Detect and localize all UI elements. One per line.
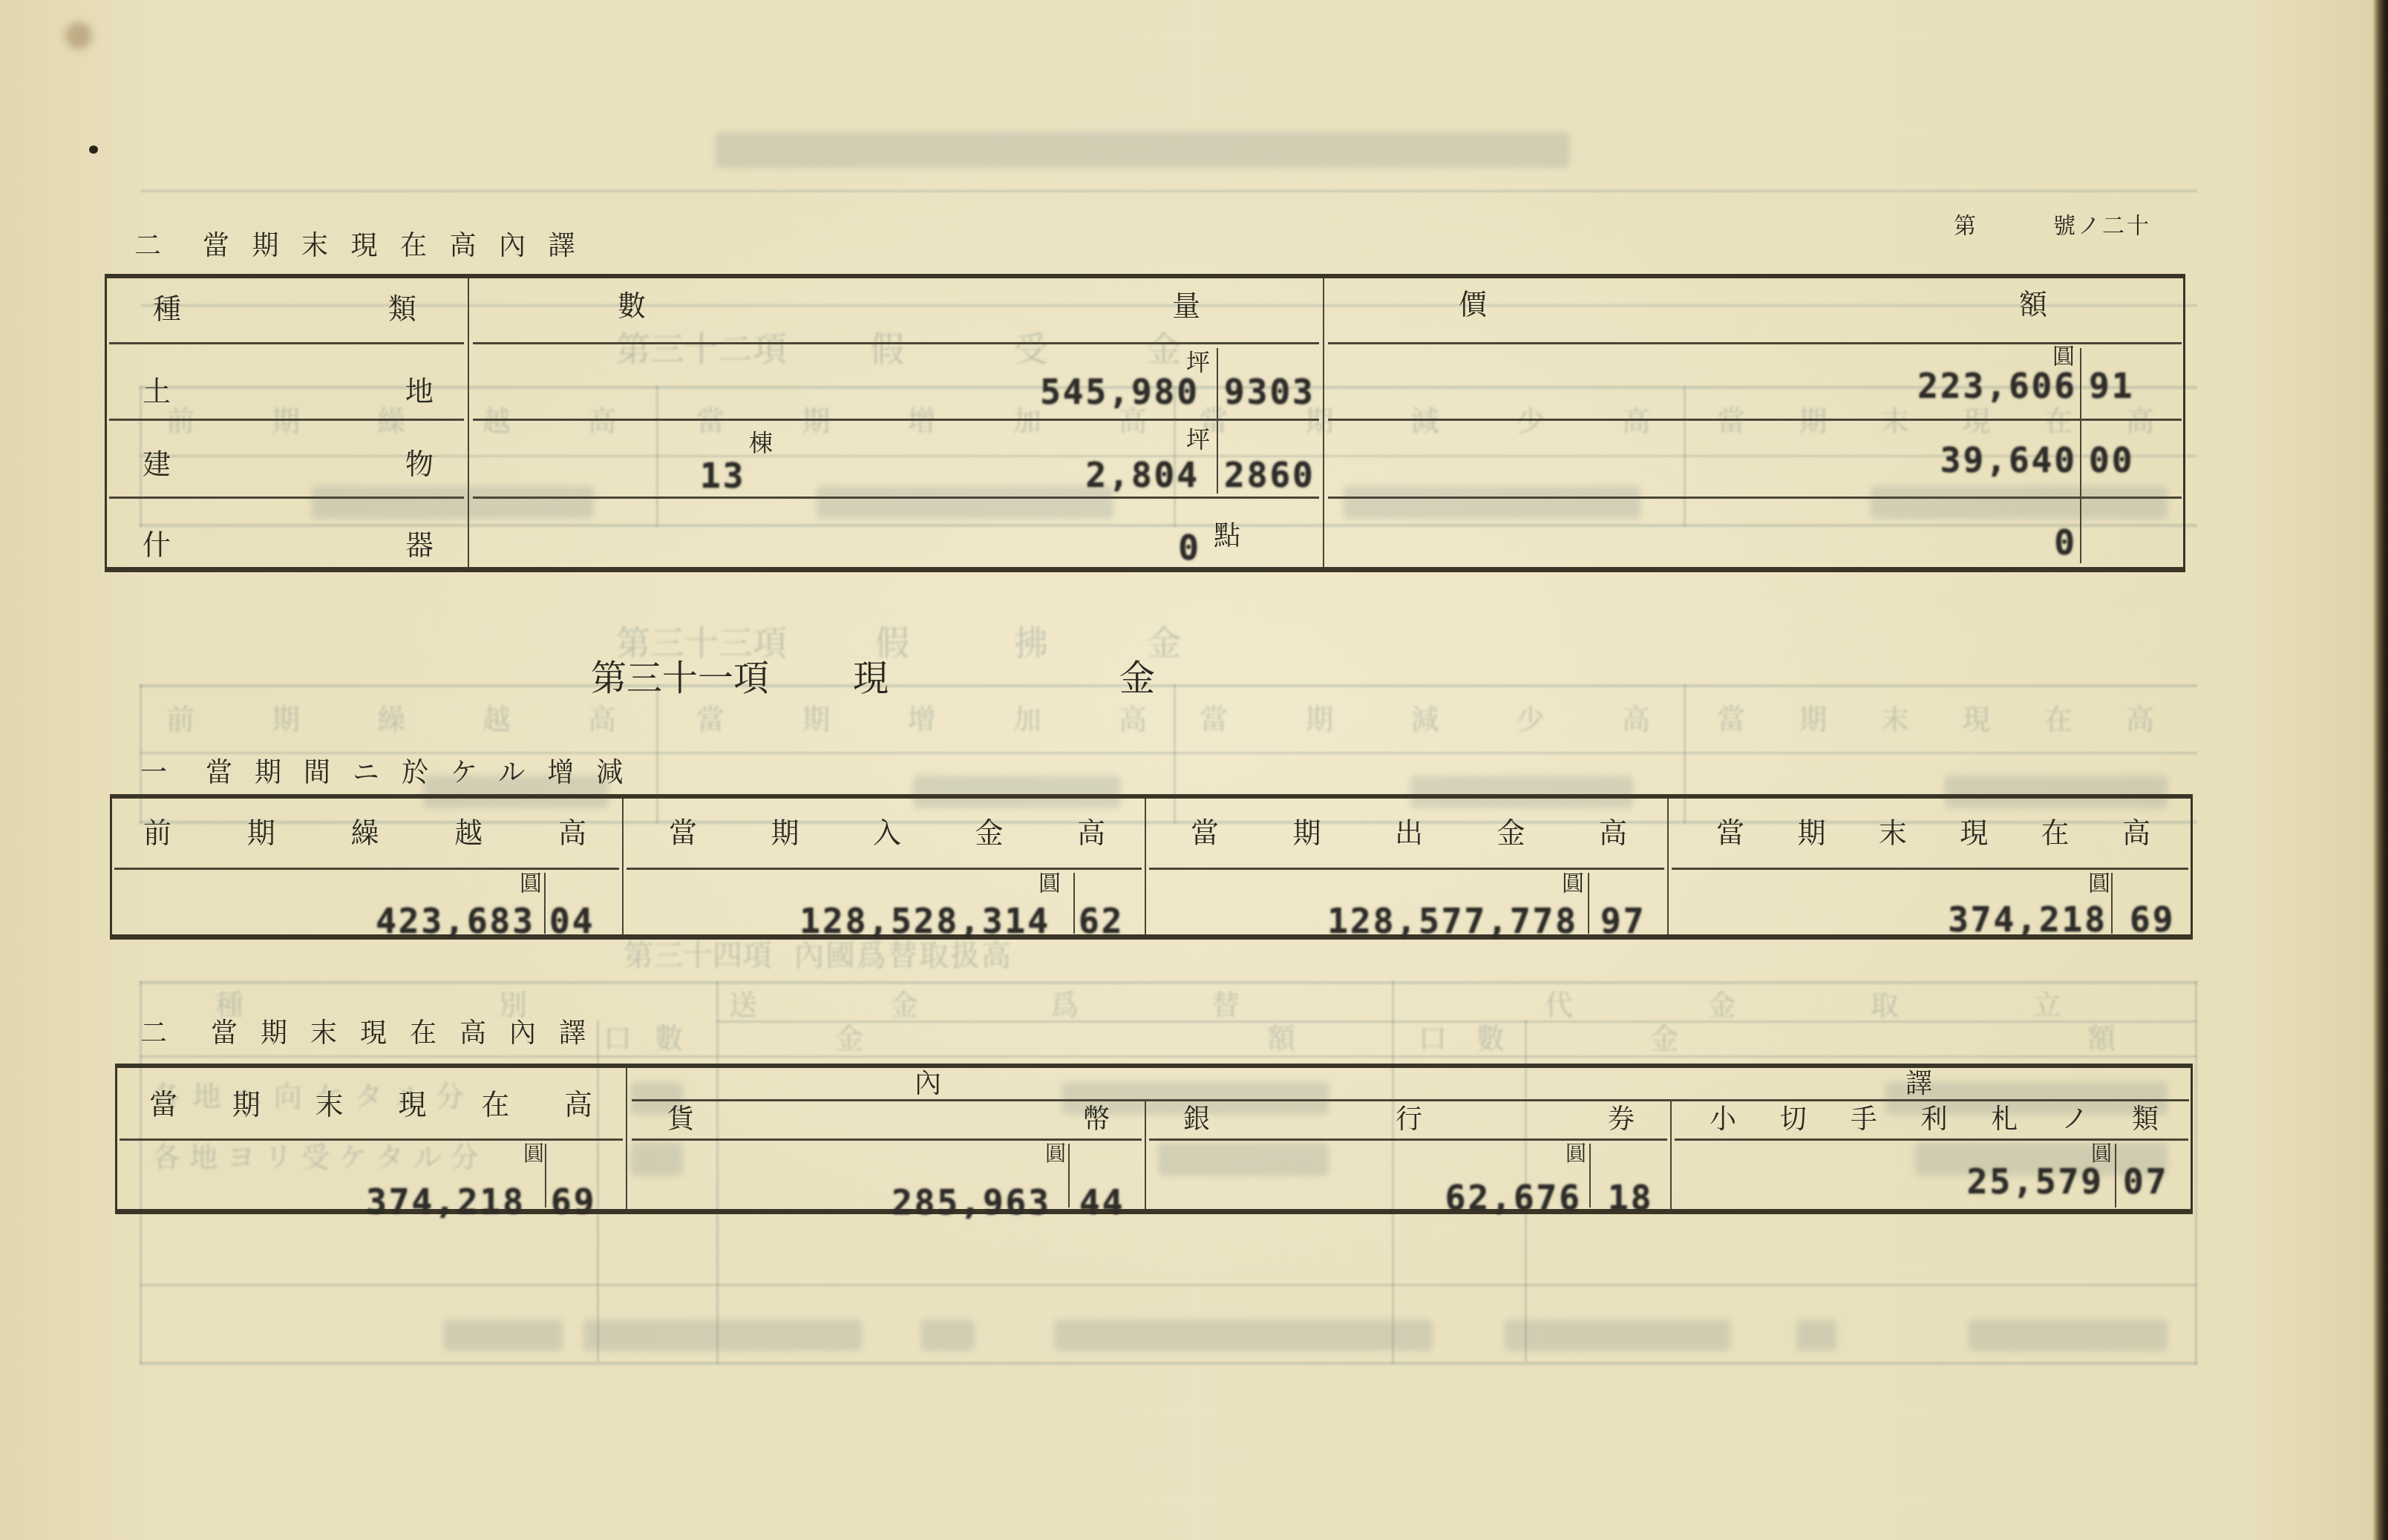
- section-title: 當期末現在高內譯: [203, 233, 598, 260]
- glyph: 什: [143, 531, 171, 559]
- carried-forward-sen: 04: [549, 904, 595, 938]
- glyph: 口: [1419, 1024, 1447, 1052]
- ghost-mirrored-heading: [716, 132, 1569, 168]
- glyph: 前: [143, 819, 171, 847]
- ghost-header: 當期增加高: [696, 705, 1147, 733]
- row-kind-land: 土地: [143, 377, 434, 405]
- ghost-title-number: 第三十三項: [616, 626, 787, 660]
- ghost-rule: [140, 1362, 2197, 1365]
- glyph: 繰: [350, 819, 379, 847]
- glyph: 高: [1119, 705, 1147, 733]
- glyph: 金: [1650, 1024, 1678, 1052]
- ghost-value: [583, 1320, 862, 1351]
- glyph: 取: [1871, 991, 1899, 1019]
- binding-edge: [2372, 0, 2388, 1540]
- glyph: 札: [1991, 1107, 2018, 1133]
- ghost-value: [1054, 1320, 1433, 1351]
- row-rule: [114, 868, 619, 870]
- ghost-header: 送金爲替: [729, 991, 1240, 1019]
- header-coins: 貨幣: [667, 1107, 1110, 1133]
- glyph: 越: [482, 705, 511, 733]
- value-yen: 0: [1926, 525, 2077, 560]
- glyph: 當: [1191, 819, 1219, 847]
- row-rule: [473, 497, 1319, 499]
- ghost-header: 前期繰越高: [166, 705, 616, 733]
- glyph: 增: [907, 705, 935, 733]
- decimal-divider: [1217, 348, 1218, 494]
- row-rule: [109, 419, 464, 421]
- glyph: 額: [2087, 1024, 2116, 1052]
- receipts-sen: 62: [1079, 904, 1124, 938]
- glyph: 在: [2044, 705, 2073, 733]
- header-banknotes: 銀行券: [1183, 1107, 1635, 1133]
- header-value: 價額: [1459, 290, 2047, 318]
- glyph: 銀: [1183, 1107, 1210, 1133]
- qty-decimal: 9303: [1224, 375, 1315, 409]
- table-top-rule: [105, 274, 2185, 278]
- value-sen: 00: [2089, 443, 2134, 477]
- unit-yen: 圓: [2052, 346, 2075, 368]
- row-rule: [109, 342, 464, 344]
- glyph: 前: [166, 705, 194, 733]
- ghost-rule: [140, 752, 2197, 754]
- table-top-rule: [110, 794, 2193, 799]
- ghost-value: [1969, 1320, 2168, 1351]
- header-payments: 當期出金高: [1191, 819, 1627, 847]
- item-name-char: 金: [1119, 661, 1155, 696]
- item-name-char: 現: [853, 661, 889, 696]
- glyph: 行: [1396, 1107, 1422, 1133]
- qty-integer: 0: [1050, 531, 1201, 565]
- unit-yen: 圓: [1045, 1144, 1066, 1164]
- column-divider: [1670, 1101, 1672, 1209]
- glyph: 金: [890, 991, 918, 1019]
- ghost-subheader: 金額: [835, 1024, 1295, 1052]
- row-rule: [1672, 868, 2188, 870]
- glyph: 末: [315, 1090, 344, 1118]
- glyph: 數: [618, 292, 646, 320]
- unit-yen: 圓: [520, 873, 542, 895]
- section-number: 一: [140, 760, 167, 787]
- glyph: 切: [1780, 1107, 1807, 1133]
- glyph: 額: [2019, 290, 2047, 318]
- closing-balance-yen: 374,218: [229, 1185, 526, 1219]
- glyph: 種: [153, 295, 181, 323]
- section-number: 二: [134, 233, 161, 260]
- row-rule: [120, 1138, 623, 1141]
- row-rule: [632, 1138, 1142, 1141]
- glyph: 金: [1707, 991, 1736, 1019]
- glyph: 期: [1305, 705, 1333, 733]
- ghost-title-char: 假: [875, 626, 909, 660]
- row-rule: [473, 419, 1319, 421]
- ghost-title-char: 金: [1147, 626, 1181, 660]
- column-divider: [1145, 1101, 1146, 1209]
- ghost-header: 種別: [215, 991, 527, 1019]
- closing-balance-sen: 69: [2130, 902, 2175, 937]
- ghost-header: 代金取立: [1545, 991, 2061, 1019]
- payments-yen: 128,577,778: [1207, 904, 1578, 938]
- glyph: 數: [1476, 1024, 1505, 1052]
- glyph: ノ: [2061, 1107, 2088, 1133]
- glyph: 替: [1211, 991, 1240, 1019]
- header-closing-balance: 當期末現在高: [149, 1090, 592, 1118]
- unit-items: 點: [1214, 523, 1240, 550]
- row-kind-fixtures: 什器: [143, 531, 434, 559]
- glyph: 爲: [1050, 991, 1079, 1019]
- decimal-divider: [1068, 1144, 1070, 1208]
- qty-integer: 2,804: [900, 458, 1200, 492]
- glyph: 別: [499, 991, 527, 1019]
- decimal-divider: [545, 1144, 546, 1208]
- glyph: 越: [454, 819, 482, 847]
- glyph: 當: [1717, 705, 1745, 733]
- ghost-subheader: 口數: [1419, 1024, 1505, 1052]
- column-divider: [1667, 799, 1669, 934]
- glyph: 期: [1799, 705, 1827, 733]
- coins-sen: 44: [1079, 1185, 1125, 1219]
- ghost-title-number: 第三十四項: [624, 941, 772, 971]
- glyph: 高: [1622, 705, 1650, 733]
- row-rule: [1328, 497, 2182, 499]
- holdings-table: 種類 數量 價額 土地 坪 545,980 9303 圓 223,606 91 …: [105, 274, 2185, 572]
- glyph: 期: [771, 819, 799, 847]
- glyph: 末: [1879, 819, 1907, 847]
- decimal-divider: [2080, 348, 2081, 563]
- column-divider: [468, 278, 469, 567]
- unit-yen: 圓: [2088, 873, 2110, 895]
- section-number: 二: [140, 1020, 167, 1047]
- glyph: 高: [564, 1090, 592, 1118]
- ghost-title-char: 拂: [1014, 626, 1048, 660]
- decimal-divider: [2115, 1144, 2116, 1208]
- table-right-rule: [2183, 274, 2185, 572]
- glyph: 類: [2132, 1107, 2159, 1133]
- decimal-divider: [544, 873, 546, 934]
- table-left-rule: [110, 794, 112, 940]
- page-label-prefix: 第: [1954, 215, 1976, 237]
- row-kind-buildings: 建物: [143, 450, 434, 478]
- payments-sen: 97: [1600, 904, 1646, 938]
- glyph: 出: [1395, 819, 1423, 847]
- banknotes-sen: 18: [1608, 1181, 1653, 1215]
- glyph: 減: [1410, 705, 1439, 733]
- ghost-subheader: 口數: [603, 1024, 683, 1052]
- decimal-divider: [2111, 873, 2113, 934]
- glyph: 種: [215, 991, 243, 1019]
- glyph: 類: [388, 295, 416, 323]
- unit-yen: 圓: [1038, 873, 1061, 895]
- glyph: 建: [143, 450, 171, 478]
- glyph: 期: [272, 705, 300, 733]
- cash-movement-table: 前期繰越高 圓 423,683 04 當期入金高 圓 128,528,314 6…: [110, 794, 2193, 940]
- glyph: 高: [588, 705, 616, 733]
- item-number: 第三十一項: [591, 661, 769, 696]
- row-rule: [1149, 1138, 1667, 1141]
- table-bottom-rule: [105, 567, 2185, 572]
- buildings-count: 13: [700, 459, 745, 493]
- glyph: 高: [1077, 819, 1105, 847]
- qty-integer: 545,980: [900, 375, 1200, 409]
- unit-tsubo: 坪: [1186, 427, 1210, 451]
- ghost-rule: [140, 684, 2197, 687]
- glyph: 當: [1716, 819, 1744, 847]
- glyph: 小: [1710, 1107, 1736, 1133]
- ghost-header: 當期末現在高: [1717, 705, 2154, 733]
- row-rule: [1328, 419, 2182, 421]
- glyph: 立: [2033, 991, 2061, 1019]
- ghost-rule: [140, 1055, 2197, 1058]
- column-divider: [1323, 278, 1324, 567]
- glyph: 金: [835, 1024, 863, 1052]
- glyph: 土: [143, 377, 171, 405]
- glyph: 價: [1459, 290, 1487, 318]
- glyph: 現: [1960, 819, 1988, 847]
- breakdown-header-char: 內: [915, 1071, 941, 1098]
- glyph: 器: [405, 531, 434, 559]
- glyph: 當: [696, 705, 724, 733]
- coins-yen: 285,963: [754, 1185, 1051, 1219]
- table-left-rule: [105, 274, 107, 572]
- section-title: 當期末現在高內譯: [211, 1020, 609, 1047]
- header-carried-forward: 前期繰越高: [143, 819, 586, 847]
- header-receipts: 當期入金高: [669, 819, 1105, 847]
- glyph: 當: [149, 1090, 177, 1118]
- ghost-rule: [140, 981, 2197, 984]
- glyph: 入: [873, 819, 901, 847]
- breakdown-header-char: 譯: [1906, 1071, 1932, 1098]
- ghost-rule: [140, 1284, 2197, 1286]
- header-closing-balance: 當期末現在高: [1716, 819, 2150, 847]
- qty-decimal: 2860: [1224, 458, 1315, 492]
- row-rule: [109, 497, 464, 499]
- banknotes-yen: 62,676: [1285, 1181, 1582, 1215]
- breakdown-header-rule: [632, 1099, 2189, 1101]
- glyph: 額: [1267, 1024, 1295, 1052]
- glyph: 現: [398, 1090, 426, 1118]
- unit-yen: 圓: [1562, 873, 1584, 895]
- glyph: 物: [405, 450, 434, 478]
- row-rule: [1675, 1138, 2188, 1141]
- glyph: 期: [1292, 819, 1321, 847]
- glyph: 高: [2122, 819, 2150, 847]
- glyph: 高: [1599, 819, 1627, 847]
- carried-forward-yen: 423,683: [238, 904, 535, 938]
- value-yen: 39,640: [1778, 443, 2077, 477]
- unit-buildings-count: 棟: [749, 431, 773, 455]
- row-rule: [473, 342, 1319, 344]
- decimal-divider: [1589, 1144, 1591, 1208]
- column-divider: [622, 799, 624, 934]
- glyph: 地: [405, 377, 434, 405]
- closing-balance-sen: 69: [551, 1185, 596, 1219]
- glyph: 少: [1517, 705, 1545, 733]
- scanned-ledger-page: 第三十二項 假 受 金 前期繰越高 當期增加高 當期減少高 當期末現在高 第三十…: [0, 0, 2388, 1540]
- unit-yen: 圓: [523, 1144, 544, 1164]
- glyph: 末: [1880, 705, 1908, 733]
- glyph: 金: [975, 819, 1003, 847]
- receipts-yen: 128,528,314: [679, 904, 1050, 938]
- ghost-title-name: 內國爲替取扱高: [794, 941, 1013, 971]
- glyph: 幣: [1083, 1107, 1110, 1133]
- glyph: 高: [2126, 705, 2154, 733]
- ghost-value: [1505, 1320, 1730, 1351]
- glyph: 量: [1172, 292, 1200, 320]
- column-divider: [626, 1068, 627, 1209]
- decimal-divider: [1073, 873, 1075, 934]
- table-right-rule: [2191, 794, 2193, 940]
- header-quantity: 數量: [618, 292, 1200, 320]
- cheques-coupons-yen: 25,579: [1807, 1164, 2104, 1199]
- ghost-rule: [716, 1020, 2197, 1023]
- unit-yen: 圓: [1566, 1144, 1586, 1164]
- header-kind: 種類: [153, 295, 416, 323]
- table-left-rule: [115, 1064, 117, 1214]
- ghost-value: [444, 1320, 563, 1351]
- glyph: 金: [1496, 819, 1525, 847]
- glyph: 期: [232, 1090, 261, 1118]
- glyph: 數: [655, 1024, 683, 1052]
- ghost-header: 當期減少高: [1200, 705, 1650, 733]
- ghost-value: [921, 1320, 975, 1351]
- column-divider: [1145, 799, 1146, 934]
- table-top-rule: [115, 1064, 2193, 1068]
- glyph: 利: [1920, 1107, 1947, 1133]
- glyph: 送: [729, 991, 757, 1019]
- value-yen: 223,606: [1778, 369, 2077, 403]
- glyph: 貨: [667, 1107, 694, 1133]
- unit-tsubo: 坪: [1186, 350, 1210, 374]
- section-title: 當期間ニ於ケル增減: [206, 760, 645, 787]
- table-right-rule: [2191, 1064, 2193, 1214]
- page-label-suffix: 號ノ二十: [2053, 215, 2151, 237]
- glyph: 加: [1013, 705, 1041, 733]
- glyph: 代: [1545, 991, 1573, 1019]
- cash-breakdown-table: 當期末現在高 圓 374,218 69 內 譯 貨幣 圓 285,963 44 …: [115, 1064, 2193, 1214]
- glyph: 現: [1963, 705, 1991, 733]
- value-sen: 91: [2089, 369, 2134, 403]
- ghost-rule: [141, 190, 2197, 192]
- glyph: 期: [1797, 819, 1825, 847]
- glyph: 在: [481, 1090, 509, 1118]
- glyph: 在: [2041, 819, 2070, 847]
- glyph: 手: [1851, 1107, 1877, 1133]
- decimal-divider: [1588, 873, 1589, 934]
- glyph: 當: [669, 819, 697, 847]
- glyph: 繰: [377, 705, 405, 733]
- ghost-value: [1796, 1320, 1836, 1351]
- stain: [65, 22, 92, 49]
- glyph: 當: [1200, 705, 1228, 733]
- glyph: 高: [558, 819, 586, 847]
- row-rule: [627, 868, 1142, 870]
- header-cheques-coupons: 小切手利札ノ類: [1710, 1107, 2159, 1133]
- ghost-subheader: 金額: [1650, 1024, 2116, 1052]
- ink-speck: [89, 145, 98, 154]
- glyph: 期: [802, 705, 830, 733]
- cheques-coupons-sen: 07: [2123, 1164, 2168, 1199]
- ghost-rule: [2195, 981, 2197, 1364]
- glyph: 券: [1608, 1107, 1635, 1133]
- closing-balance-yen: 374,218: [1810, 902, 2107, 937]
- row-rule: [1149, 868, 1664, 870]
- glyph: 期: [247, 819, 275, 847]
